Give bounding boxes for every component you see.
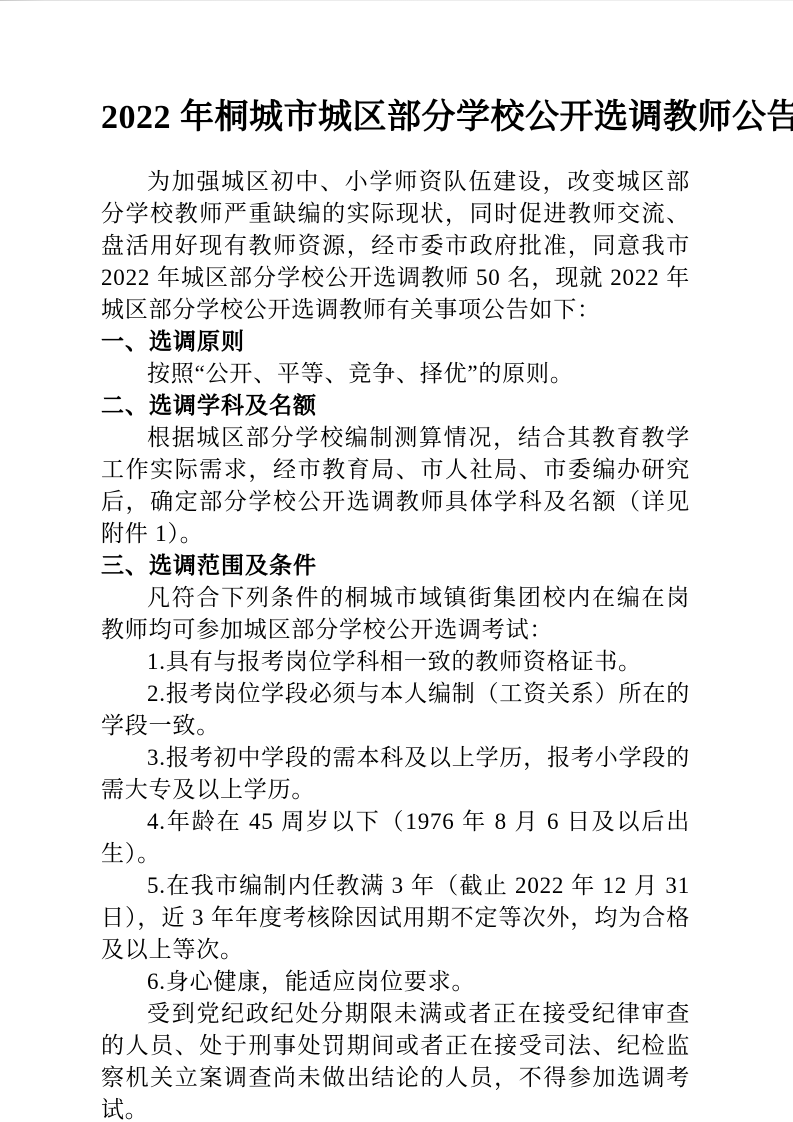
- condition-item-6: 6.身心健康，能适应岗位要求。: [101, 966, 690, 998]
- condition-item-2: 2.报考岗位学段必须与本人编制（工资关系）所在的学段一致。: [101, 678, 690, 742]
- condition-item-3: 3.报考初中学段的需本科及以上学历，报考小学段的需大专及以上学历。: [101, 742, 690, 806]
- intro-paragraph: 为加强城区初中、小学师资队伍建设，改变城区部分学校教师严重缺编的实际现状，同时促…: [101, 166, 690, 326]
- section-2-heading: 二、选调学科及名额: [101, 390, 690, 422]
- section-3-heading: 三、选调范围及条件: [101, 550, 690, 582]
- section-1-heading: 一、选调原则: [101, 326, 690, 358]
- section-3-paragraph-exclusions: 受到党纪政纪处分期限未满或者正在接受纪律审查的人员、处于刑事处罚期间或者正在接受…: [101, 998, 690, 1122]
- section-1-paragraph-principle: 按照“公开、平等、竞争、择优”的原则。: [101, 358, 690, 390]
- condition-item-1: 1.具有与报考岗位学科相一致的教师资格证书。: [101, 646, 690, 678]
- section-3-paragraph-scope: 凡符合下列条件的桐城市域镇街集团校内在编在岗教师均可参加城区部分学校公开选调考试…: [101, 582, 690, 646]
- document-title: 2022 年桐城市城区部分学校公开选调教师公告: [101, 95, 690, 140]
- document-content: 2022 年桐城市城区部分学校公开选调教师公告 为加强城区初中、小学师资队伍建设…: [101, 95, 690, 1122]
- section-2-paragraph-quota: 根据城区部分学校编制测算情况，结合其教育教学工作实际需求，经市教育局、市人社局、…: [101, 422, 690, 550]
- page-top-edge-line: [0, 0, 793, 1]
- condition-item-4: 4.年龄在 45 周岁以下（1976 年 8 月 6 日及以后出生）。: [101, 806, 690, 870]
- condition-item-5: 5.在我市编制内任教满 3 年（截止 2022 年 12 月 31 日），近 3…: [101, 870, 690, 966]
- document-page: 2022 年桐城市城区部分学校公开选调教师公告 为加强城区初中、小学师资队伍建设…: [0, 0, 793, 1122]
